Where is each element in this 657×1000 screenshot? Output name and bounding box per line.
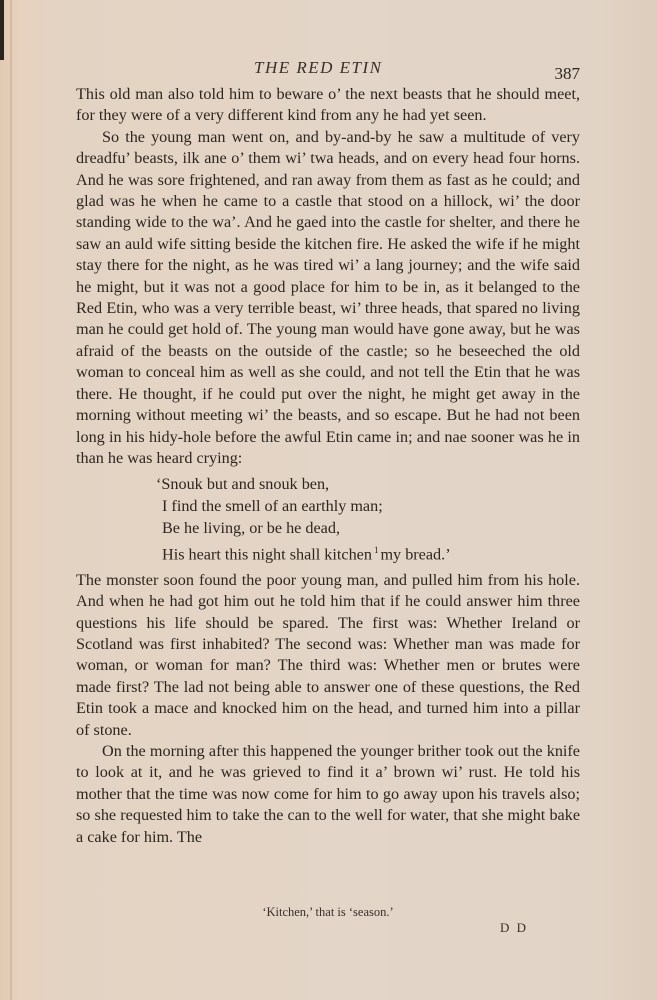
paragraph: This old man also told him to beware o’ … [76, 84, 580, 127]
book-spine-edge [0, 0, 4, 60]
signature-mark: D D [500, 920, 528, 936]
paragraph: The monster soon found the poor young ma… [76, 570, 580, 741]
footnote-marker: 1 [374, 545, 379, 555]
page-number: 387 [555, 64, 581, 84]
running-title: THE RED ETIN [254, 58, 383, 78]
footnote: ‘Kitchen,’ that is ‘season.’ [76, 905, 580, 920]
paragraph: So the young man went on, and by-and-by … [76, 127, 580, 470]
verse-block: ‘Snouk but and snouk ben, I find the sme… [162, 473, 580, 565]
running-head: THE RED ETIN 387 [76, 58, 580, 82]
verse-line: Be he living, or be he dead, [162, 517, 580, 539]
verse-line: ‘Snouk but and snouk ben, [156, 473, 580, 495]
verse-line-tail: my bread.’ [380, 546, 450, 564]
page-gutter [10, 0, 12, 1000]
verse-line-text: His heart this night shall kitchen [162, 546, 372, 564]
paragraph: On the morning after this happened the y… [76, 741, 580, 848]
verse-line: I find the smell of an earthly man; [162, 495, 580, 517]
verse-line: His heart this night shall kitchen1my br… [162, 539, 580, 565]
body-text: This old man also told him to beware o’ … [76, 84, 580, 848]
